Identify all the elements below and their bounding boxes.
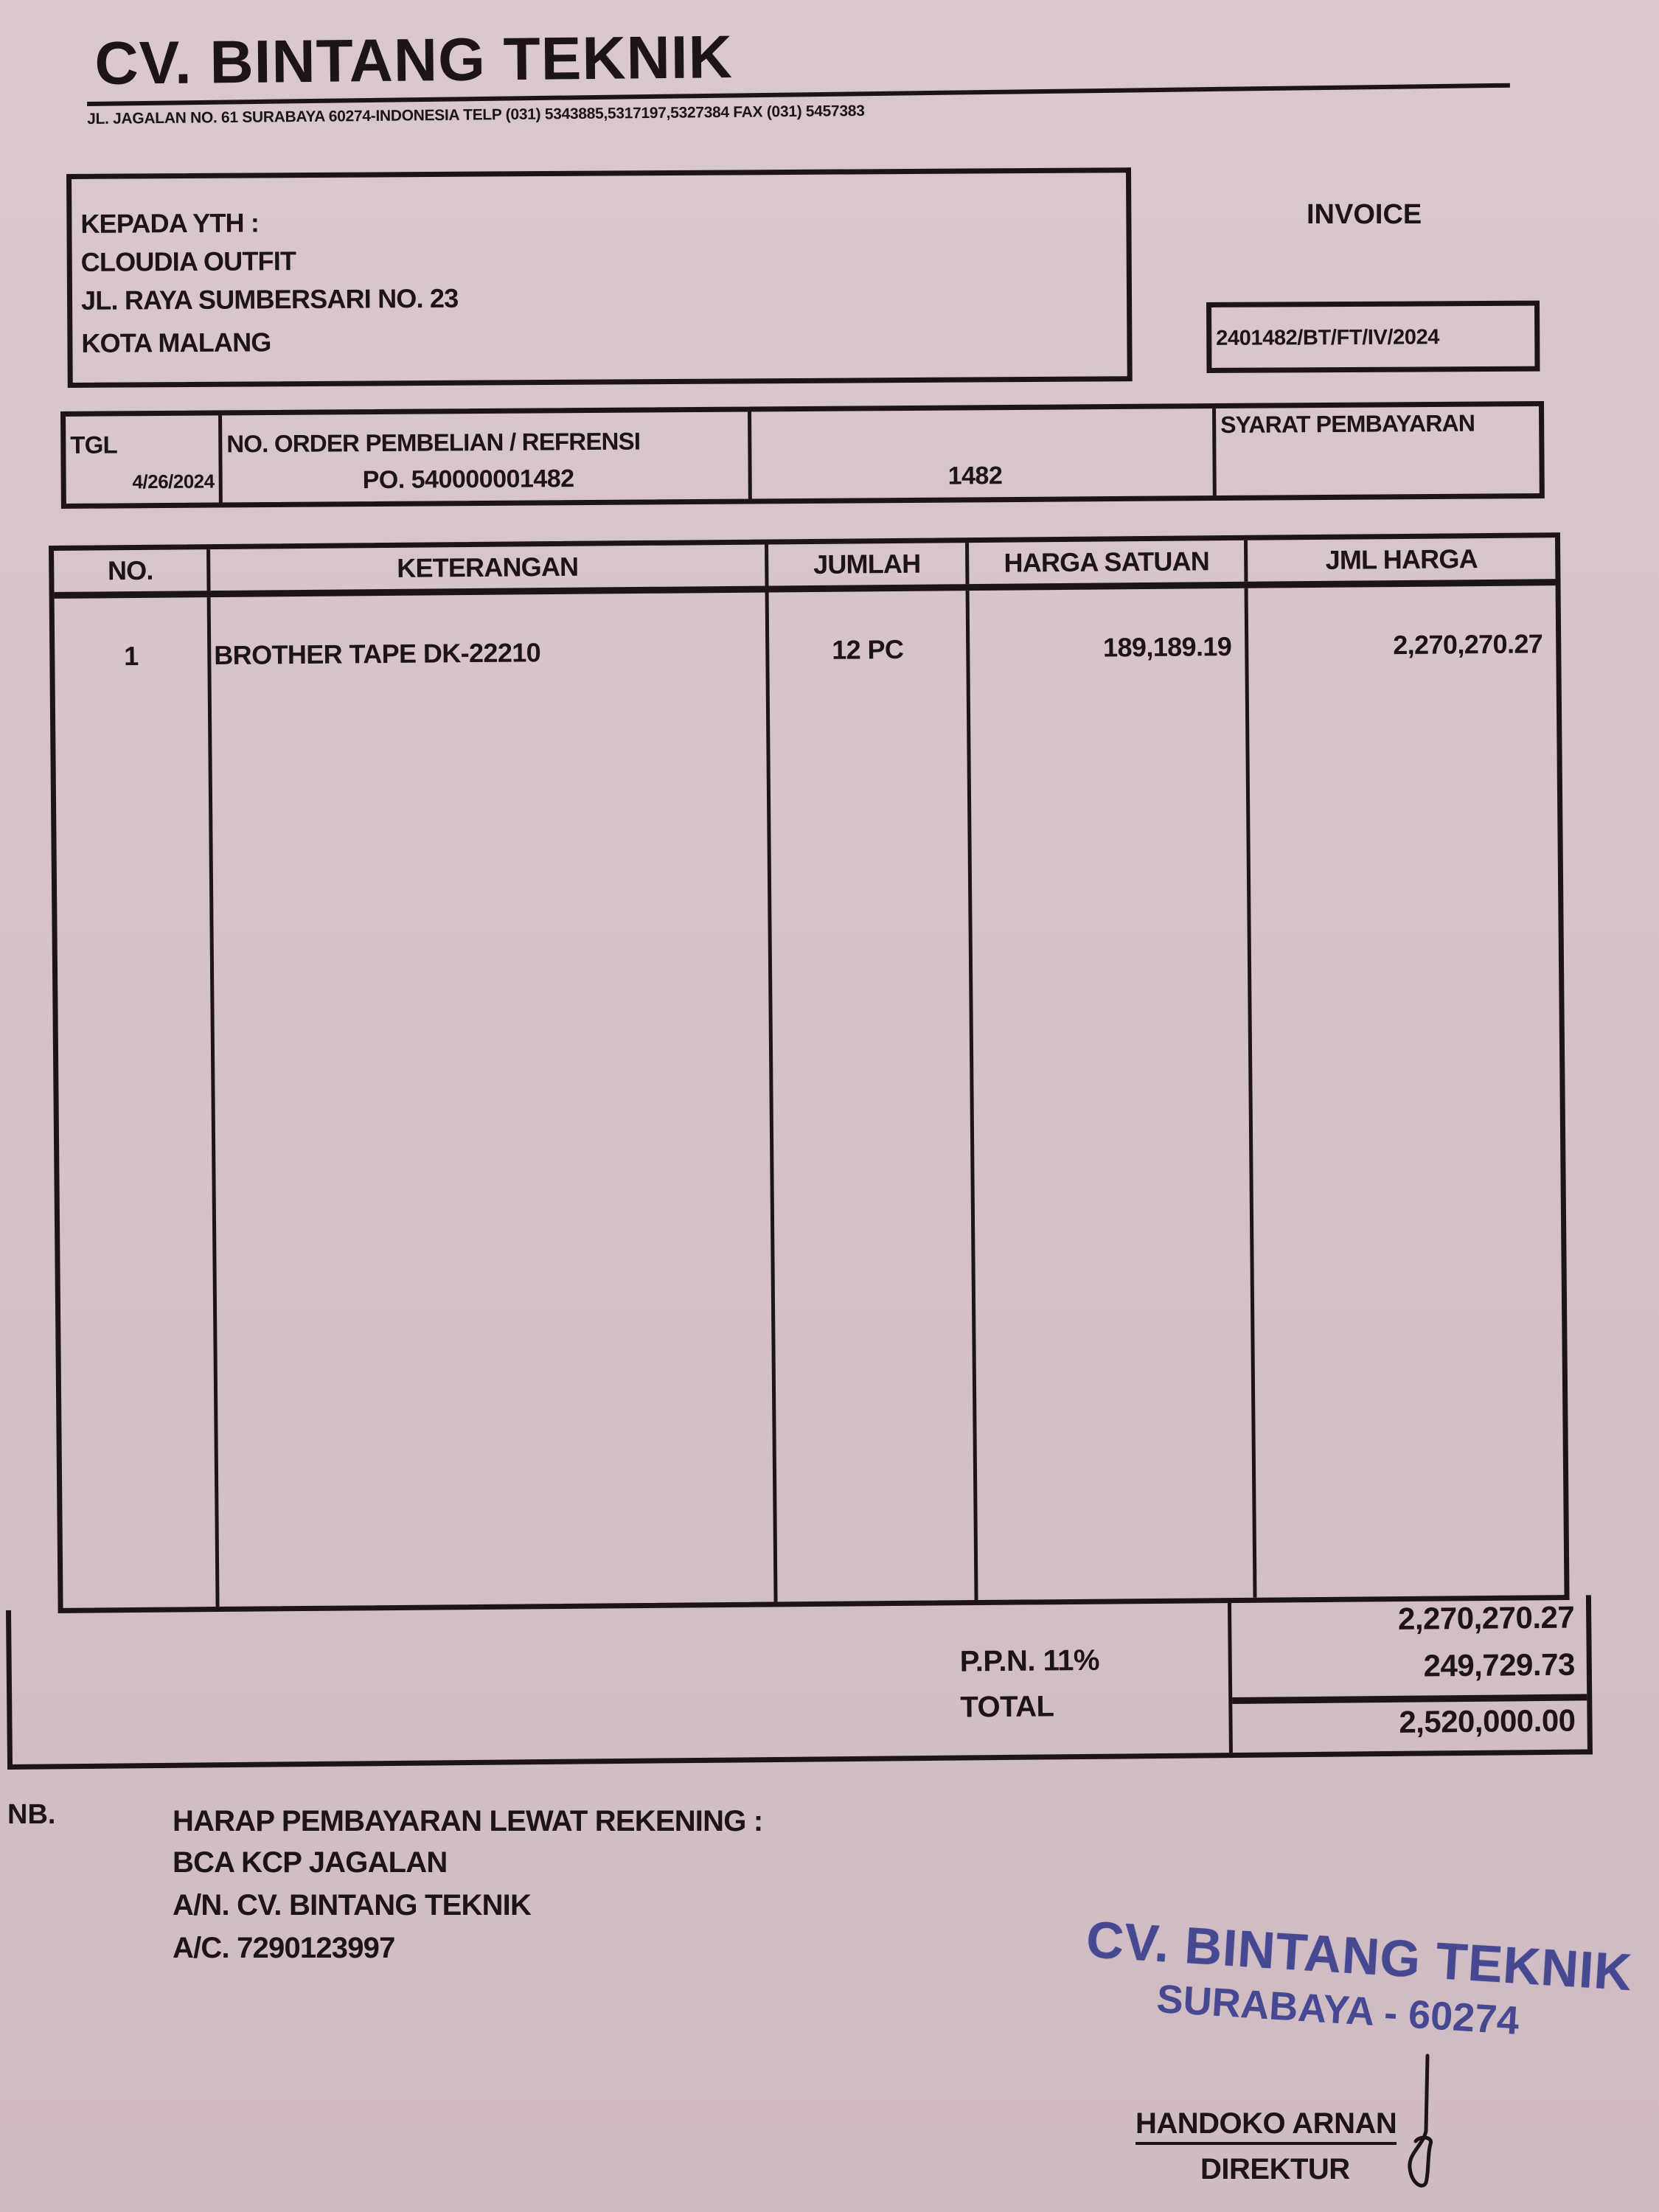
total-label: TOTAL [960, 1690, 1054, 1724]
company-name: CV. BINTANG TEKNIK [94, 23, 733, 99]
items-table: NO. KETERANGAN JUMLAH HARGA SATUAN JML H… [49, 532, 1570, 1613]
quantity-column: 12 PC [769, 591, 978, 1601]
totals-box: P.P.N. 11% TOTAL 2,270,270.27 249,729.73… [6, 1595, 1593, 1770]
date-label: TGL [70, 431, 117, 459]
po-cell: NO. ORDER PEMBELIAN / REFRENSI PO. 54000… [222, 411, 752, 502]
signatory-title: DIREKTUR [1200, 2153, 1350, 2186]
po-label: NO. ORDER PEMBELIAN / REFRENSI [226, 428, 640, 459]
date-cell: TGL 4/26/2024 [66, 415, 223, 503]
total-value: 2,520,000.00 [1399, 1703, 1576, 1740]
signatory-name: HANDOKO ARNAN [1135, 2107, 1397, 2145]
unit-price-column: 189,189.19 [970, 588, 1257, 1600]
row-no: 1 [55, 640, 207, 672]
tax-value: 249,729.73 [1423, 1647, 1575, 1684]
row-quantity: 12 PC [769, 633, 966, 666]
notes-line-account-number: A/C. 7290123997 [173, 1932, 395, 1965]
totals-divider [1232, 1694, 1587, 1704]
invoice-title: INVOICE [1307, 199, 1422, 231]
table-row: 1 BROTHER TAPE DK-22210 12 PC 189,189.19… [55, 585, 1565, 1608]
reference-cell: 1482 [751, 408, 1217, 498]
payment-terms-label: SYARAT PEMBAYARAN [1220, 410, 1475, 439]
notes-label: NB. [7, 1799, 55, 1831]
subtotal-value: 2,270,270.27 [1398, 1600, 1575, 1637]
no-column: 1 [55, 597, 220, 1608]
tax-label: P.P.N. 11% [960, 1644, 1100, 1679]
amount-column: 2,270,270.27 [1248, 585, 1565, 1598]
date-value: 4/26/2024 [132, 470, 214, 494]
order-info-row: TGL 4/26/2024 NO. ORDER PEMBELIAN / REFR… [60, 401, 1545, 509]
row-description: BROTHER TAPE DK-22210 [214, 637, 540, 671]
invoice-number: 2401482/BT/FT/IV/2024 [1216, 325, 1439, 351]
description-column: BROTHER TAPE DK-22210 [211, 592, 778, 1607]
recipient-name: CLOUDIA OUTFIT [81, 246, 296, 278]
notes-line-account-name: A/N. CV. BINTANG TEKNIK [173, 1889, 531, 1922]
recipient-box: KEPADA YTH : CLOUDIA OUTFIT JL. RAYA SUM… [66, 167, 1133, 388]
column-header-no: NO. [54, 549, 210, 592]
notes-line-payment-instruction: HARAP PEMBAYARAN LEWAT REKENING : [173, 1805, 762, 1838]
row-unit-price: 189,189.19 [1103, 631, 1232, 664]
signature-icon [1394, 2050, 1453, 2197]
column-header-amount: JML HARGA [1248, 538, 1555, 582]
column-header-unit-price: HARGA SATUAN [969, 540, 1248, 584]
totals-values: 2,270,270.27 249,729.73 2,520,000.00 [1228, 1595, 1587, 1753]
recipient-city: KOTA MALANG [81, 327, 271, 359]
row-amount: 2,270,270.27 [1393, 628, 1543, 661]
notes-line-bank: BCA KCP JAGALAN [173, 1846, 447, 1879]
reference-value: 1482 [948, 462, 1003, 491]
payment-terms-cell: SYARAT PEMBAYARAN [1216, 406, 1540, 495]
column-header-quantity: JUMLAH [768, 543, 969, 585]
invoice-number-box: 2401482/BT/FT/IV/2024 [1206, 301, 1540, 373]
po-value: PO. 540000001482 [363, 465, 574, 495]
recipient-label: KEPADA YTH : [80, 207, 259, 239]
recipient-street: JL. RAYA SUMBERSARI NO. 23 [81, 283, 459, 316]
column-header-description: KETERANGAN [210, 544, 768, 591]
